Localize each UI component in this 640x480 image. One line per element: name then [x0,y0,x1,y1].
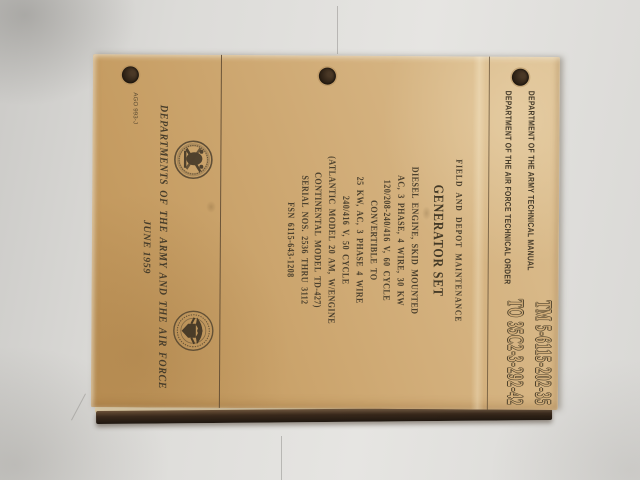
title-line: (ATLANTIC MODEL 20 AM, W/ENGINE [322,90,338,390]
title-line: SERIAL NOS. 2536 THRU 3112 [295,90,311,390]
title-line: 120/208-240/416 V, 60 CYCLE [378,90,394,390]
punch-hole-middle [319,68,336,85]
footer-rule [219,55,222,408]
title-line: AC, 3 PHASE, 4 WIRE, 30 KW [391,90,407,390]
paper-smudge [206,201,216,213]
title-line: 240/416 V, 50 CYCLE [336,90,352,390]
print-code: AGO 993-J [132,92,138,124]
to-number: TO 35C2-3-292-42 [501,216,530,406]
manual-cover: DEPARTMENT OF THE ARMY TECHNICAL MANUAL … [91,54,560,410]
title-line: 25 KW, AC, 3 PHASE 4 WIRE [350,90,366,390]
army-seal-icon [168,140,213,180]
tm-number: TM 5-6115-202-35 [529,216,558,406]
air-force-seal-icon [167,310,214,352]
punch-hole-bottom [122,66,139,83]
background-scratch [337,6,338,54]
punch-hole-top [512,69,529,86]
title-line: DIESEL ENGINE, SKID MOUNTED [405,91,421,391]
to-number-text: TO 35C2-3-292-42 [502,299,530,405]
title-line: CONTINENTAL MODEL TD-427) [309,90,325,390]
header-rule [487,57,490,410]
paper-crease [471,56,486,409]
publication-date: JUNE 1959 [140,70,153,423]
photo-of-manual: DEPARTMENT OF THE ARMY TECHNICAL MANUAL … [0,0,640,480]
departments-line: DEPARTMENTS OF THE ARMY AND THE AIR FORC… [156,88,170,406]
manual-title: GENERATOR SET [428,91,446,391]
title-line: FSN 6115-643-1208 [281,90,297,390]
page-block-shadow [96,407,552,424]
background-scratch [71,394,86,421]
maintenance-level-line: FIELD AND DEPOT MAINTENANCE [453,91,465,391]
publication-numbers: TM 5-6115-202-35 TO 35C2-3-292-42 [501,216,558,406]
title-block: FIELD AND DEPOT MAINTENANCE GENERATOR SE… [281,90,465,391]
background-scratch [281,436,282,480]
tm-number-text: TM 5-6115-202-35 [530,301,558,406]
title-line: CONVERTIBLE TO [364,90,380,390]
